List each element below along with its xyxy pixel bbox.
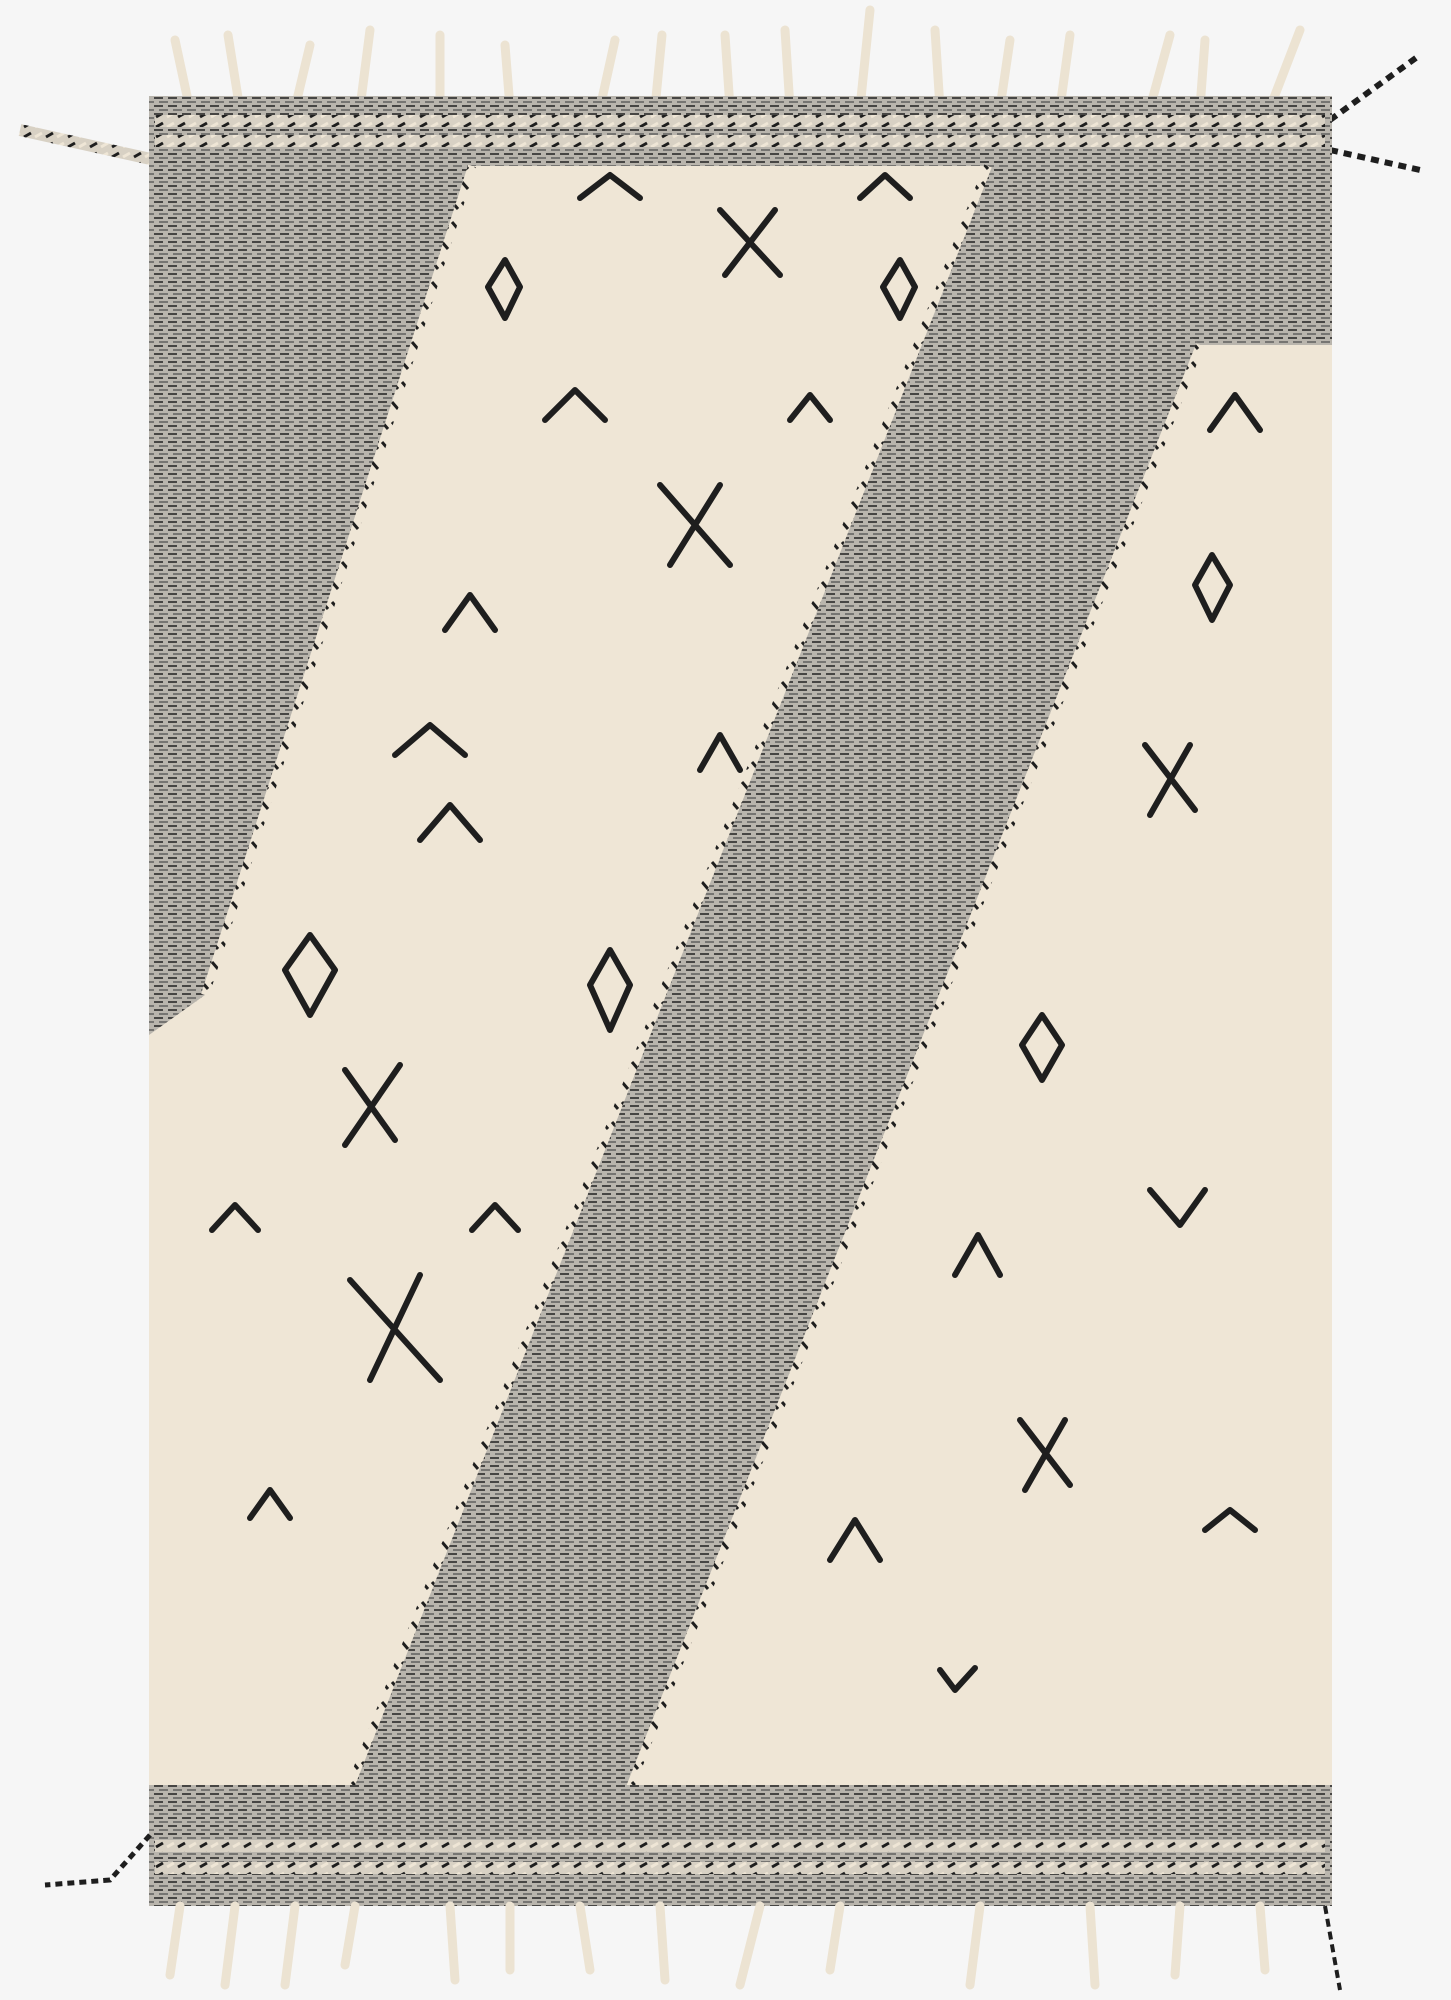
corner-cord-top-right [1330,55,1420,120]
bottom-fringe [170,1906,1265,1985]
rug-illustration [0,0,1451,2000]
top-border-band [149,96,1332,166]
rug-photo [0,0,1451,2000]
corner-cord-top-left [20,130,155,160]
top-fringe [175,10,1300,110]
